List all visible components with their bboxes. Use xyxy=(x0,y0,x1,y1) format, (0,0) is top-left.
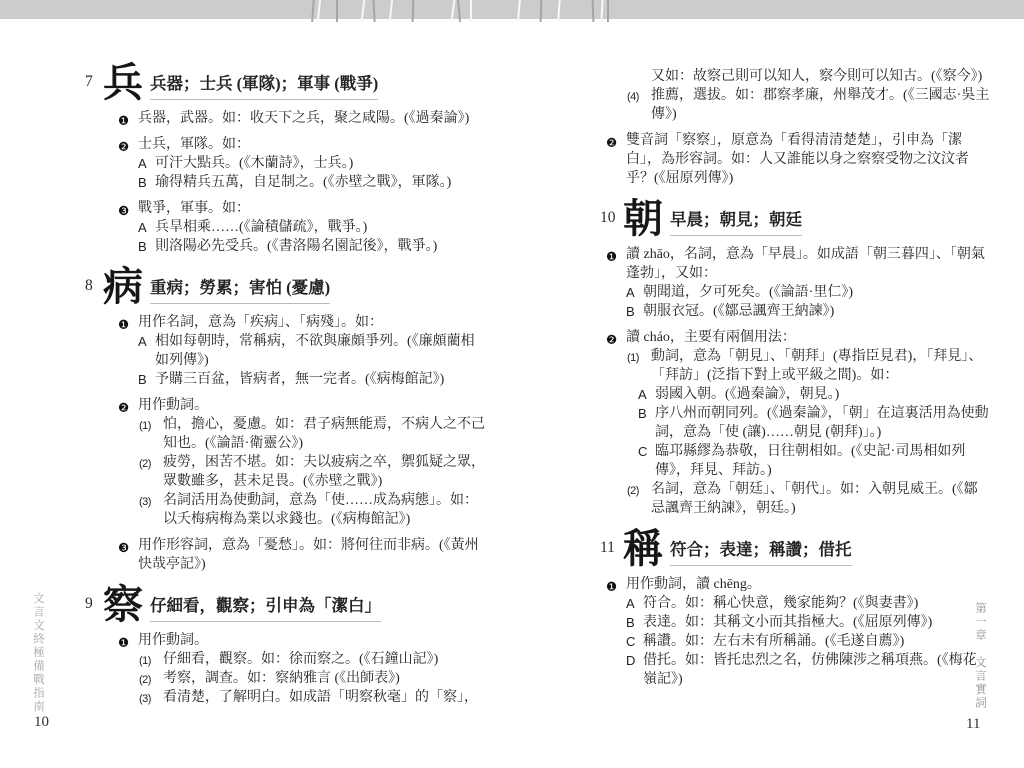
example-letter: A xyxy=(626,594,635,613)
entry-number: 9 xyxy=(85,595,103,613)
entry-11: 11 稱 符合；表達；稱讚；借托 ❶ 用作動詞，讀 chēng。 A 符合。如：… xyxy=(600,530,990,689)
page-edge-line xyxy=(470,0,472,22)
example-letter: B xyxy=(138,370,147,389)
example-text: 予購三百盆，皆病者，無一完者。(《病梅館記》) xyxy=(155,372,444,387)
left-page-number: 10 xyxy=(34,714,49,731)
example-line: D 借托。如：皆托忠烈之名，仿佛陳涉之稱項燕。(《梅花嶺記》) xyxy=(626,651,990,689)
page-edge-line xyxy=(557,0,561,22)
subsense-text: 推薦，選拔。如：郡察孝廉，州舉茂才。(《三國志·吳主傳》) xyxy=(651,88,989,122)
sense-marker: ❸ xyxy=(118,538,129,557)
example-letter: B xyxy=(138,173,147,192)
example-text: 序八州而朝同列。(《過秦論》，「朝」在這裏活用為使動詞，意為「使 (讓)……朝見… xyxy=(655,406,989,440)
entry-number: 8 xyxy=(85,277,103,295)
sense-marker: ❷ xyxy=(118,398,129,417)
sense-marker: ❶ xyxy=(118,315,129,334)
entry-definition: 重病；勞累；害怕 (憂慮) xyxy=(150,278,330,304)
entry-number: 11 xyxy=(600,539,623,557)
entry-9-continuation: 又如：故察己則可以知人，察今則可以知古。(《察今》) (4) 推薦，選拔。如：郡… xyxy=(600,67,990,188)
right-page-column: 又如：故察己則可以知人，察今則可以知古。(《察今》) (4) 推薦，選拔。如：郡… xyxy=(600,60,990,696)
entry-definition: 早晨；朝見；朝廷 xyxy=(670,210,802,236)
entry-8-heading: 8 病 重病；勞累；害怕 (憂慮) xyxy=(85,268,487,306)
subsense-text: 動詞，意為「朝見」、「朝拜」(專指臣見君)，「拜見」、「拜訪」(泛指下對上或平級… xyxy=(651,349,982,383)
example-line: A 相如每朝時，常稱病，不欲與廉頗爭列。(《廉頗藺相如列傳》) xyxy=(138,332,487,370)
subsense-line: (3) 看清楚，了解明白。如成語「明察秋毫」的「察」， xyxy=(138,688,487,707)
example-text: 借托。如：皆托忠烈之名，仿佛陳涉之稱項燕。(《梅花嶺記》) xyxy=(643,653,977,687)
page-edge-line xyxy=(450,0,455,22)
example-line: C 稱讚。如：左右未有所稱誦。(《毛遂自薦》) xyxy=(626,632,990,651)
example-letter: A xyxy=(626,283,635,302)
sense-text: 用作動詞，讀 chēng。 xyxy=(626,577,761,592)
subsense-text: 仔細看，觀察。如：徐而察之。(《石鐘山記》) xyxy=(163,652,438,667)
page-edge-line xyxy=(372,0,375,22)
sense-marker: ❶ xyxy=(118,633,129,652)
sense-item: ❶ 用作名詞，意為「疾病」、「病殘」。如： A 相如每朝時，常稱病，不欲與廉頗爭… xyxy=(118,313,487,389)
sense-item: 又如：故察己則可以知人，察今則可以知古。(《察今》) (4) 推薦，選拔。如：郡… xyxy=(606,67,990,124)
sense-text: 戰爭，軍事。如： xyxy=(138,201,250,216)
sense-marker: ❶ xyxy=(118,111,129,130)
example-line: A 弱國入朝。(《過秦論》，朝見。) xyxy=(638,385,990,404)
page-edge-line xyxy=(592,0,594,22)
sense-item: ❷ 雙音詞「察察」，原意為「看得清清楚楚」，引申為「潔白」，為形容詞。如：人又誰… xyxy=(606,131,990,188)
sense-marker: ❷ xyxy=(118,137,129,156)
example-letter: C xyxy=(638,442,647,461)
entry-headword: 稱 xyxy=(623,530,663,568)
sense-marker: ❶ xyxy=(606,577,617,596)
example-letter: A xyxy=(138,154,147,173)
example-line: A 可汗大點兵。(《木蘭詩》，士兵。) xyxy=(138,154,487,173)
subsense-line: (3) 名詞活用為使動詞，意為「使……成為病態」。如：以夭梅病梅為業以求錢也。(… xyxy=(138,491,487,529)
example-line: A 符合。如：稱心快意，幾家能夠？(《與妻書》) xyxy=(626,594,990,613)
entry-9: 9 察 仔細看，觀察；引申為「潔白」 ❶ 用作動詞。 (1) 仔細看，觀察。如：… xyxy=(85,586,487,707)
entry-headword: 兵 xyxy=(103,64,143,102)
sense-marker: ❶ xyxy=(606,247,617,266)
example-line: B 序八州而朝同列。(《過秦論》，「朝」在這裏活用為使動詞，意為「使 (讓)……… xyxy=(638,404,990,442)
sense-text: 用作動詞。 xyxy=(138,633,208,648)
subsense-marker: (3) xyxy=(139,690,151,709)
example-line: A 朝聞道，夕可死矣。(《論語·里仁》) xyxy=(626,283,990,302)
example-letter: B xyxy=(626,613,635,632)
entry-10-heading: 10 朝 早晨；朝見；朝廷 xyxy=(600,200,990,238)
entry-headword: 察 xyxy=(103,586,143,624)
sense-text: 讀 cháo，主要有兩個用法： xyxy=(626,330,796,345)
example-line: C 臨邛縣繆為恭敬，日往朝相如。(《史記·司馬相如列傳》，拜見、拜訪。) xyxy=(638,442,990,480)
sense-text: 用作形容詞，意為「憂愁」。如：將何往而非病。(《黃州快哉亭記》) xyxy=(138,538,479,572)
example-text: 朝聞道，夕可死矣。(《論語·里仁》) xyxy=(643,285,853,300)
entry-8: 8 病 重病；勞累；害怕 (憂慮) ❶ 用作名詞，意為「疾病」、「病殘」。如： … xyxy=(85,268,487,574)
entry-7-body: ❶ 兵器，武器。如：收天下之兵，聚之咸陽。(《過秦論》) ❷ 士兵，軍隊。如： … xyxy=(85,109,487,256)
right-chapter-caption: 第一章 文言實詞 xyxy=(972,602,988,732)
sense-marker: ❸ xyxy=(118,201,129,220)
entry-definition: 兵器；士兵 (軍隊)；軍事 (戰爭) xyxy=(150,74,378,100)
entry-8-body: ❶ 用作名詞，意為「疾病」、「病殘」。如： A 相如每朝時，常稱病，不欲與廉頗爭… xyxy=(85,313,487,574)
entry-10-body: ❶ 讀 zhāo，名詞，意為「早晨」。如成語「朝三暮四」、「朝氣蓬勃」，又如： … xyxy=(600,245,990,518)
example-line: B 予購三百盆，皆病者，無一完者。(《病梅館記》) xyxy=(138,370,487,389)
sense-item: ❷ 士兵，軍隊。如： A 可汗大點兵。(《木蘭詩》，士兵。) B 瑜得精兵五萬，… xyxy=(118,135,487,192)
example-letter: B xyxy=(626,302,635,321)
sense-item: ❶ 用作動詞。 (1) 仔細看，觀察。如：徐而察之。(《石鐘山記》) (2) 考… xyxy=(118,631,487,707)
entry-10: 10 朝 早晨；朝見；朝廷 ❶ 讀 zhāo，名詞，意為「早晨」。如成語「朝三暮… xyxy=(600,200,990,518)
entry-number: 7 xyxy=(85,73,103,91)
left-page-column: 7 兵 兵器；士兵 (軍隊)；軍事 (戰爭) ❶ 兵器，武器。如：收天下之兵，聚… xyxy=(85,64,487,714)
sense-item: ❶ 用作動詞，讀 chēng。 A 符合。如：稱心快意，幾家能夠？(《與妻書》)… xyxy=(606,575,990,689)
subsense-line: (1) 怕，擔心，憂慮。如：君子病無能焉，不病人之不己知也。(《論語·衛靈公》) xyxy=(138,415,487,453)
sense-marker: ❷ xyxy=(606,133,617,152)
sense-text: 讀 zhāo，名詞，意為「早晨」。如成語「朝三暮四」、「朝氣蓬勃」，又如： xyxy=(626,247,985,281)
entry-headword: 病 xyxy=(103,268,143,306)
example-letter: A xyxy=(138,218,147,237)
example-text: 弱國入朝。(《過秦論》，朝見。) xyxy=(655,387,839,402)
sense-text: 士兵，軍隊。如： xyxy=(138,137,250,152)
example-text: 稱讚。如：左右未有所稱誦。(《毛遂自薦》) xyxy=(643,634,904,649)
subsense-text: 考察，調查。如：察納雅言 (《出師表》) xyxy=(163,671,400,686)
sense-text: 雙音詞「察察」，原意為「看得清清楚楚」，引申為「潔白」，為形容詞。如：人又誰能以… xyxy=(626,133,969,186)
page-edge-line xyxy=(412,0,414,22)
subsense-text: 名詞，意為「朝廷」、「朝代」。如：入朝見威王。(《鄒忌諷齊王納諫》，朝廷。) xyxy=(651,482,978,516)
subsense-line: (2) 考察，調查。如：察納雅言 (《出師表》) xyxy=(138,669,487,688)
page-edge-line xyxy=(389,0,393,22)
example-text: 瑜得精兵五萬，自足制之。(《赤壁之戰》，軍隊。) xyxy=(155,175,451,190)
example-letter: B xyxy=(638,404,647,423)
example-text: 臨邛縣繆為恭敬，日往朝相如。(《史記·司馬相如列傳》，拜見、拜訪。) xyxy=(655,444,965,478)
continuation-line: 又如：故察己則可以知人，察今則可以知古。(《察今》) xyxy=(626,67,990,86)
example-text: 可汗大點兵。(《木蘭詩》，士兵。) xyxy=(155,156,353,171)
entry-9-heading: 9 察 仔細看，觀察；引申為「潔白」 xyxy=(85,586,487,624)
subsense-marker: (2) xyxy=(139,455,151,474)
subsense-line: (1) 仔細看，觀察。如：徐而察之。(《石鐘山記》) xyxy=(138,650,487,669)
example-text: 相如每朝時，常稱病，不欲與廉頗爭列。(《廉頗藺相如列傳》) xyxy=(155,334,475,368)
sense-text: 用作名詞，意為「疾病」、「病殘」。如： xyxy=(138,315,383,330)
example-line: B 瑜得精兵五萬，自足制之。(《赤壁之戰》，軍隊。) xyxy=(138,173,487,192)
sense-text: 兵器，武器。如：收天下之兵，聚之咸陽。(《過秦論》) xyxy=(138,111,469,126)
page-edge-line xyxy=(517,0,521,22)
page-edge-line xyxy=(607,0,609,22)
entry-definition: 仔細看，觀察；引申為「潔白」 xyxy=(150,596,381,622)
entry-number: 10 xyxy=(600,209,623,227)
entry-7-heading: 7 兵 兵器；士兵 (軍隊)；軍事 (戰爭) xyxy=(85,64,487,102)
page-edge-line xyxy=(540,0,542,22)
page-edge-line xyxy=(317,0,321,22)
entry-9-body: ❶ 用作動詞。 (1) 仔細看，觀察。如：徐而察之。(《石鐘山記》) (2) 考… xyxy=(85,631,487,707)
sense-item: ❶ 兵器，武器。如：收天下之兵，聚之咸陽。(《過秦論》) xyxy=(118,109,487,128)
sense-item: ❸ 戰爭，軍事。如： A 兵旱相乘……(《論積儲疏》，戰爭。) B 則洛陽必先受… xyxy=(118,199,487,256)
entry-7: 7 兵 兵器；士兵 (軍隊)；軍事 (戰爭) ❶ 兵器，武器。如：收天下之兵，聚… xyxy=(85,64,487,256)
sense-item: ❷ 讀 cháo，主要有兩個用法： (1) 動詞，意為「朝見」、「朝拜」(專指臣… xyxy=(606,328,990,518)
subsense-line: (2) 疲勞，困苦不堪。如：夫以疲病之卒，禦狐疑之眾，眾數雖多，甚未足畏。(《赤… xyxy=(138,453,487,491)
sense-item: ❷ 用作動詞。 (1) 怕，擔心，憂慮。如：君子病無能焉，不病人之不己知也。(《… xyxy=(118,396,487,529)
sense-item: ❸ 用作形容詞，意為「憂愁」。如：將何往而非病。(《黃州快哉亭記》) xyxy=(118,536,487,574)
subsense-marker: (4) xyxy=(627,88,639,107)
entry-definition: 符合；表達；稱讚；借托 xyxy=(670,540,852,566)
page-edge-line xyxy=(600,0,603,22)
page-edge-line xyxy=(457,0,461,22)
example-text: 表達。如：其稱文小而其指極大。(《屈原列傳》) xyxy=(643,615,932,630)
example-text: 則洛陽必先受兵。(《書洛陽名園記後》，戰爭。) xyxy=(155,239,437,254)
example-line: B 表達。如：其稱文小而其指極大。(《屈原列傳》) xyxy=(626,613,990,632)
subsense-marker: (1) xyxy=(139,417,151,436)
left-book-title-caption: 文言文終極備戰指南 xyxy=(30,592,46,722)
subsense-text: 看清楚，了解明白。如成語「明察秋毫」的「察」， xyxy=(163,690,478,705)
example-text: 朝服衣冠。(《鄒忌諷齊王納諫》) xyxy=(643,304,834,319)
entry-headword: 朝 xyxy=(623,200,663,238)
example-text: 符合。如：稱心快意，幾家能夠？(《與妻書》) xyxy=(643,596,918,611)
entry-11-heading: 11 稱 符合；表達；稱讚；借托 xyxy=(600,530,990,568)
example-line: B 朝服衣冠。(《鄒忌諷齊王納諫》) xyxy=(626,302,990,321)
right-page-number: 11 xyxy=(966,716,980,733)
subsense-line: (4) 推薦，選拔。如：郡察孝廉，州舉茂才。(《三國志·吳主傳》) xyxy=(626,86,990,124)
example-letter: C xyxy=(626,632,635,651)
example-letter: D xyxy=(626,651,635,670)
sense-marker: ❷ xyxy=(606,330,617,349)
subsense-line: (1) 動詞，意為「朝見」、「朝拜」(專指臣見君)，「拜見」、「拜訪」(泛指下對… xyxy=(626,347,990,480)
subsense-marker: (3) xyxy=(139,493,151,512)
entry-11-body: ❶ 用作動詞，讀 chēng。 A 符合。如：稱心快意，幾家能夠？(《與妻書》)… xyxy=(600,575,990,689)
sense-item: ❶ 讀 zhāo，名詞，意為「早晨」。如成語「朝三暮四」、「朝氣蓬勃」，又如： … xyxy=(606,245,990,321)
subsense-marker: (2) xyxy=(627,482,639,501)
example-letter: A xyxy=(138,332,147,351)
subsense-text: 疲勞，困苦不堪。如：夫以疲病之卒，禦狐疑之眾，眾數雖多，甚未足畏。(《赤壁之戰》… xyxy=(163,455,485,489)
subsense-text: 名詞活用為使動詞，意為「使……成為病態」。如：以夭梅病梅為業以求錢也。(《病梅館… xyxy=(163,493,478,527)
example-line: A 兵旱相乘……(《論積儲疏》，戰爭。) xyxy=(138,218,487,237)
example-line: B 則洛陽必先受兵。(《書洛陽名園記後》，戰爭。) xyxy=(138,237,487,256)
example-letter: B xyxy=(138,237,147,256)
subsense-line: (2) 名詞，意為「朝廷」、「朝代」。如：入朝見威王。(《鄒忌諷齊王納諫》，朝廷… xyxy=(626,480,990,518)
page-edge-line xyxy=(361,0,366,22)
page-edge-line xyxy=(336,0,338,22)
example-letter: A xyxy=(638,385,647,404)
page-edge-line xyxy=(311,0,314,22)
example-text: 兵旱相乘……(《論積儲疏》，戰爭。) xyxy=(155,220,367,235)
subsense-text: 怕，擔心，憂慮。如：君子病無能焉，不病人之不己知也。(《論語·衛靈公》) xyxy=(163,417,485,451)
sense-text: 用作動詞。 xyxy=(138,398,208,413)
book-top-edge-band xyxy=(0,0,1024,19)
subsense-marker: (1) xyxy=(627,349,639,368)
continuation-text: 又如：故察己則可以知人，察今則可以知古。(《察今》) xyxy=(651,69,982,84)
